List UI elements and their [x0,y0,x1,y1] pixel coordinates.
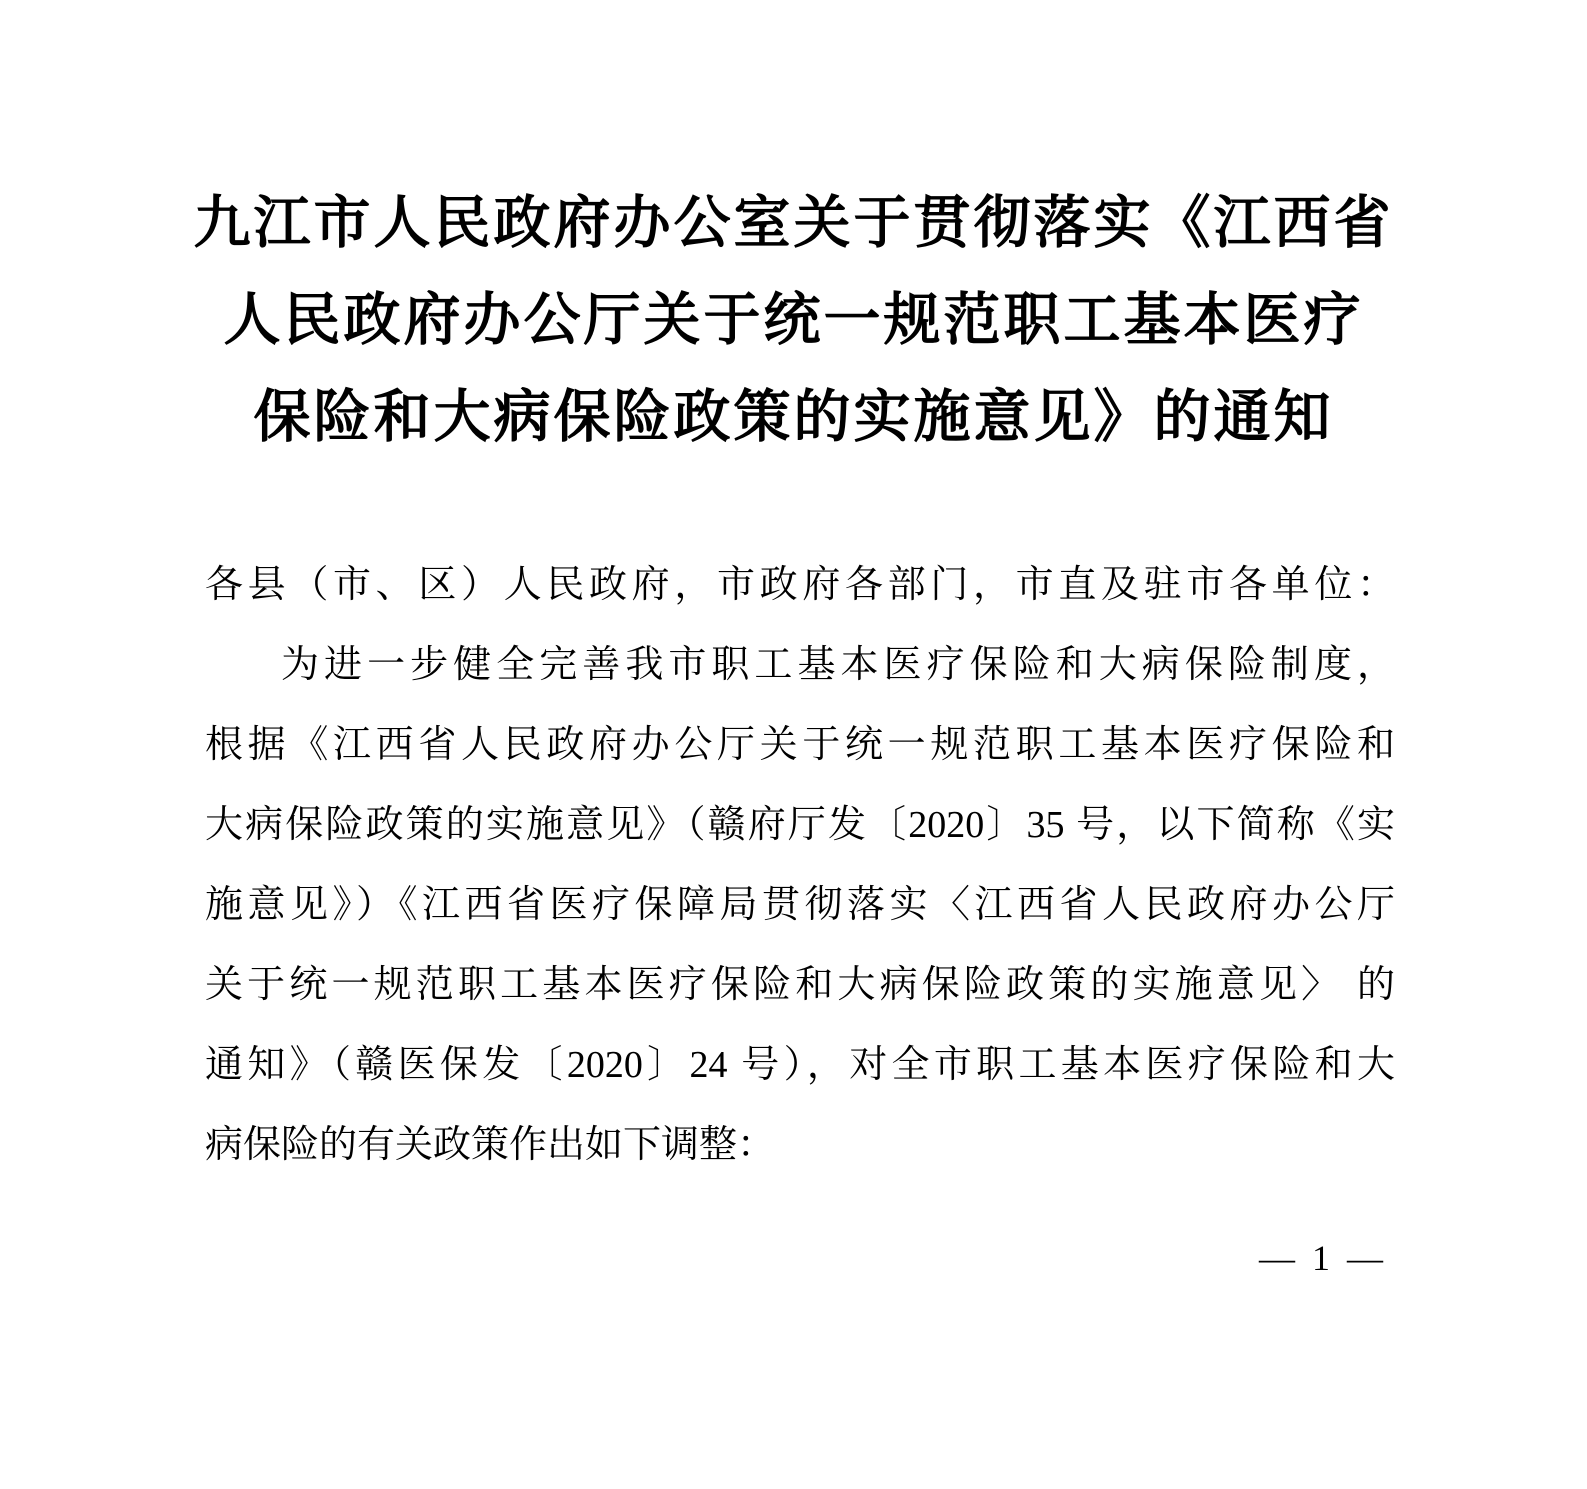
document-page: 九江市人民政府办公室关于贯彻落实《江西省 人民政府办公厅关于统一规范职工基本医疗… [0,0,1587,1489]
page-number: — 1 — [1259,1233,1387,1283]
body-line: 根据《江西省人民政府办公厅关于统一规范职工基本医疗保险和 [205,705,1395,785]
title-line-3: 保险和大病保险政策的实施意见》的通知 [0,369,1587,466]
body-line: 关于统一规范职工基本医疗保险和大病保险政策的实施意见〉 的 [205,945,1395,1025]
body-line: 病保险的有关政策作出如下调整： [205,1105,1395,1185]
title-line-2: 人民政府办公厅关于统一规范职工基本医疗 [0,272,1587,369]
document-title: 九江市人民政府办公室关于贯彻落实《江西省 人民政府办公厅关于统一规范职工基本医疗… [0,175,1587,466]
body-line: 为进一步健全完善我市职工基本医疗保险和大病保险制度， [205,625,1395,705]
body-line: 大病保险政策的实施意见》（赣府厅发〔2020〕35 号，以下简称《实 [205,785,1395,865]
body-line: 施意见》）《江西省医疗保障局贯彻落实〈江西省人民政府办公厅 [205,865,1395,945]
title-line-1: 九江市人民政府办公室关于贯彻落实《江西省 [0,175,1587,272]
body-line: 通知》（赣医保发〔2020〕24 号），对全市职工基本医疗保险和大 [205,1025,1395,1105]
document-body: 各县（市、区）人民政府，市政府各部门，市直及驻市各单位： 为进一步健全完善我市职… [205,545,1395,1185]
salutation-line: 各县（市、区）人民政府，市政府各部门，市直及驻市各单位： [205,545,1395,625]
